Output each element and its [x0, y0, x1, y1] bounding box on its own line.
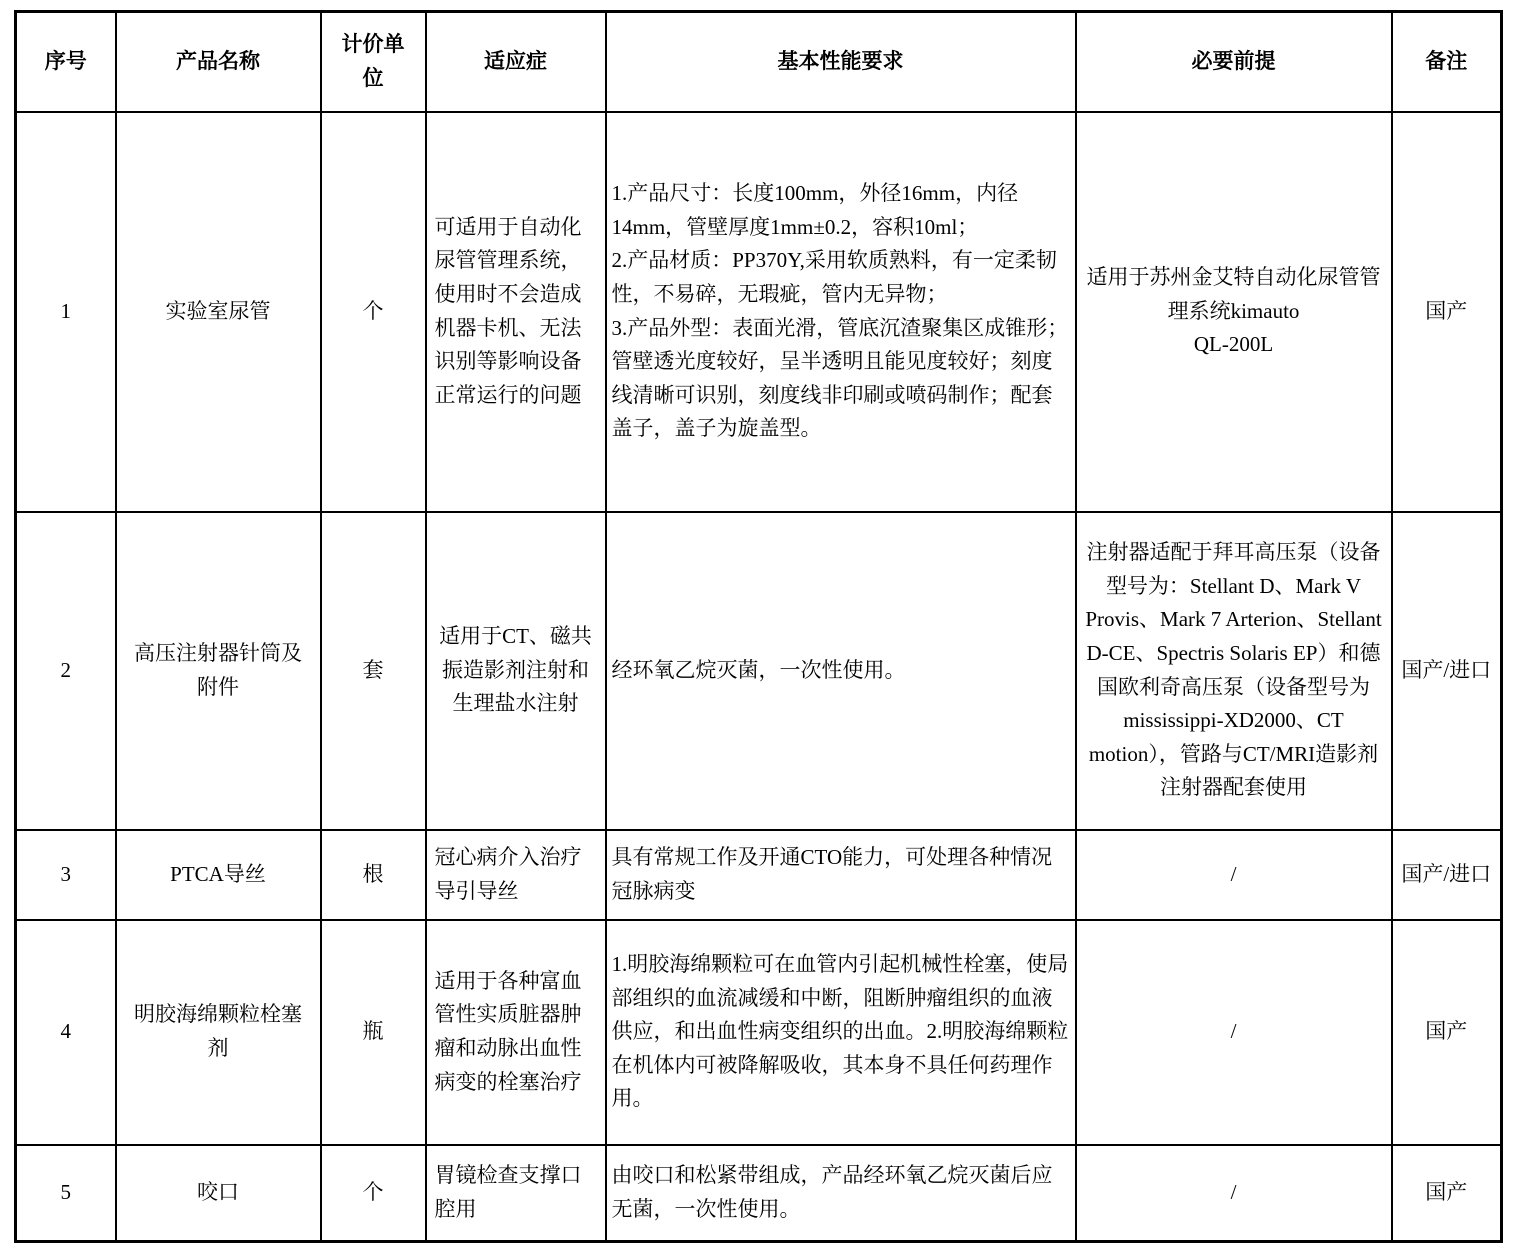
cell-indication: 胃镜检查支撑口腔用	[426, 1145, 606, 1242]
cell-seq: 5	[16, 1145, 116, 1242]
cell-requirements: 经环氧乙烷灭菌，一次性使用。	[606, 512, 1076, 830]
cell-unit: 瓶	[321, 920, 426, 1145]
cell-unit: 个	[321, 1145, 426, 1242]
cell-product-name: PTCA导丝	[116, 830, 321, 920]
cell-product-name: 明胶海绵颗粒栓塞剂	[116, 920, 321, 1145]
header-indication: 适应症	[426, 12, 606, 112]
header-remark: 备注	[1392, 12, 1502, 112]
cell-remark: 国产/进口	[1392, 512, 1502, 830]
header-requirements: 基本性能要求	[606, 12, 1076, 112]
cell-product-name: 咬口	[116, 1145, 321, 1242]
cell-prerequisite: 注射器适配于拜耳高压泵（设备型号为：Stellant D、Mark V Prov…	[1076, 512, 1392, 830]
header-prerequisite: 必要前提	[1076, 12, 1392, 112]
cell-unit: 套	[321, 512, 426, 830]
table-row: 4 明胶海绵颗粒栓塞剂 瓶 适用于各种富血管性实质脏器肿瘤和动脉出血性病变的栓塞…	[16, 920, 1502, 1145]
cell-product-name: 实验室尿管	[116, 112, 321, 512]
cell-indication: 适用于CT、磁共振造影剂注射和生理盐水注射	[426, 512, 606, 830]
cell-seq: 2	[16, 512, 116, 830]
table-row: 2 高压注射器针筒及附件 套 适用于CT、磁共振造影剂注射和生理盐水注射 经环氧…	[16, 512, 1502, 830]
table-row: 1 实验室尿管 个 可适用于自动化尿管管理系统，使用时不会造成机器卡机、无法识别…	[16, 112, 1502, 512]
cell-requirements: 由咬口和松紧带组成，产品经环氧乙烷灭菌后应无菌，一次性使用。	[606, 1145, 1076, 1242]
cell-unit: 个	[321, 112, 426, 512]
cell-prerequisite: /	[1076, 830, 1392, 920]
cell-requirements: 具有常规工作及开通CTO能力，可处理各种情况冠脉病变	[606, 830, 1076, 920]
cell-remark: 国产	[1392, 112, 1502, 512]
cell-indication: 冠心病介入治疗导引导丝	[426, 830, 606, 920]
table-row: 5 咬口 个 胃镜检查支撑口腔用 由咬口和松紧带组成，产品经环氧乙烷灭菌后应无菌…	[16, 1145, 1502, 1242]
product-spec-table: 序号 产品名称 计价单 位 适应症 基本性能要求 必要前提 备注 1 实验室尿管…	[14, 10, 1503, 1243]
cell-prerequisite: /	[1076, 920, 1392, 1145]
cell-indication: 可适用于自动化尿管管理系统，使用时不会造成机器卡机、无法识别等影响设备正常运行的…	[426, 112, 606, 512]
cell-remark: 国产	[1392, 1145, 1502, 1242]
cell-requirements: 1.产品尺寸：长度100mm，外径16mm，内径14mm，管壁厚度1mm±0.2…	[606, 112, 1076, 512]
header-seq: 序号	[16, 12, 116, 112]
cell-seq: 4	[16, 920, 116, 1145]
cell-remark: 国产/进口	[1392, 830, 1502, 920]
cell-unit: 根	[321, 830, 426, 920]
cell-remark: 国产	[1392, 920, 1502, 1145]
cell-seq: 1	[16, 112, 116, 512]
cell-prerequisite: 适用于苏州金艾特自动化尿管管理系统kimauto QL-200L	[1076, 112, 1392, 512]
table-header-row: 序号 产品名称 计价单 位 适应症 基本性能要求 必要前提 备注	[16, 12, 1502, 112]
document-page: 序号 产品名称 计价单 位 适应症 基本性能要求 必要前提 备注 1 实验室尿管…	[14, 10, 1503, 1243]
cell-seq: 3	[16, 830, 116, 920]
header-product-name: 产品名称	[116, 12, 321, 112]
cell-prerequisite: /	[1076, 1145, 1392, 1242]
cell-indication: 适用于各种富血管性实质脏器肿瘤和动脉出血性病变的栓塞治疗	[426, 920, 606, 1145]
header-unit: 计价单 位	[321, 12, 426, 112]
cell-product-name: 高压注射器针筒及附件	[116, 512, 321, 830]
table-row: 3 PTCA导丝 根 冠心病介入治疗导引导丝 具有常规工作及开通CTO能力，可处…	[16, 830, 1502, 920]
cell-requirements: 1.明胶海绵颗粒可在血管内引起机械性栓塞，使局部组织的血流减缓和中断，阻断肿瘤组…	[606, 920, 1076, 1145]
